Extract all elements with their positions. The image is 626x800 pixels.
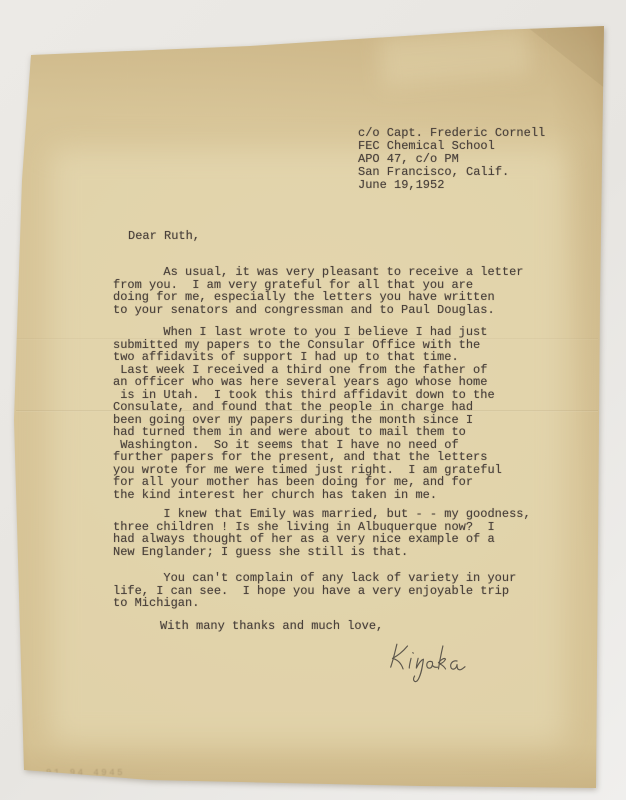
- letter-page: c/o Capt. Frederic Cornell FEC Chemical …: [0, 0, 626, 800]
- paper-wrap: c/o Capt. Frederic Cornell FEC Chemical …: [0, 0, 626, 800]
- catalog-pencil-mark: 91 94 4945: [46, 768, 125, 778]
- paragraph-3: I knew that Emily was married, but - - m…: [113, 508, 531, 558]
- sender-address-block: c/o Capt. Frederic Cornell FEC Chemical …: [358, 127, 545, 192]
- paragraph-2: When I last wrote to you I believe I had…: [113, 326, 502, 501]
- signature-kiyoka-handwriting: [383, 638, 478, 684]
- closing-line: With many thanks and much love,: [160, 620, 383, 633]
- letter-scan: c/o Capt. Frederic Cornell FEC Chemical …: [0, 0, 626, 800]
- paper-aging-light-streak: [378, 24, 532, 87]
- paragraph-1: As usual, it was very pleasant to receiv…: [113, 266, 523, 316]
- paragraph-4: You can't complain of any lack of variet…: [113, 572, 516, 610]
- salutation: Dear Ruth,: [128, 230, 200, 243]
- paper-ink-speck: [52, 39, 55, 47]
